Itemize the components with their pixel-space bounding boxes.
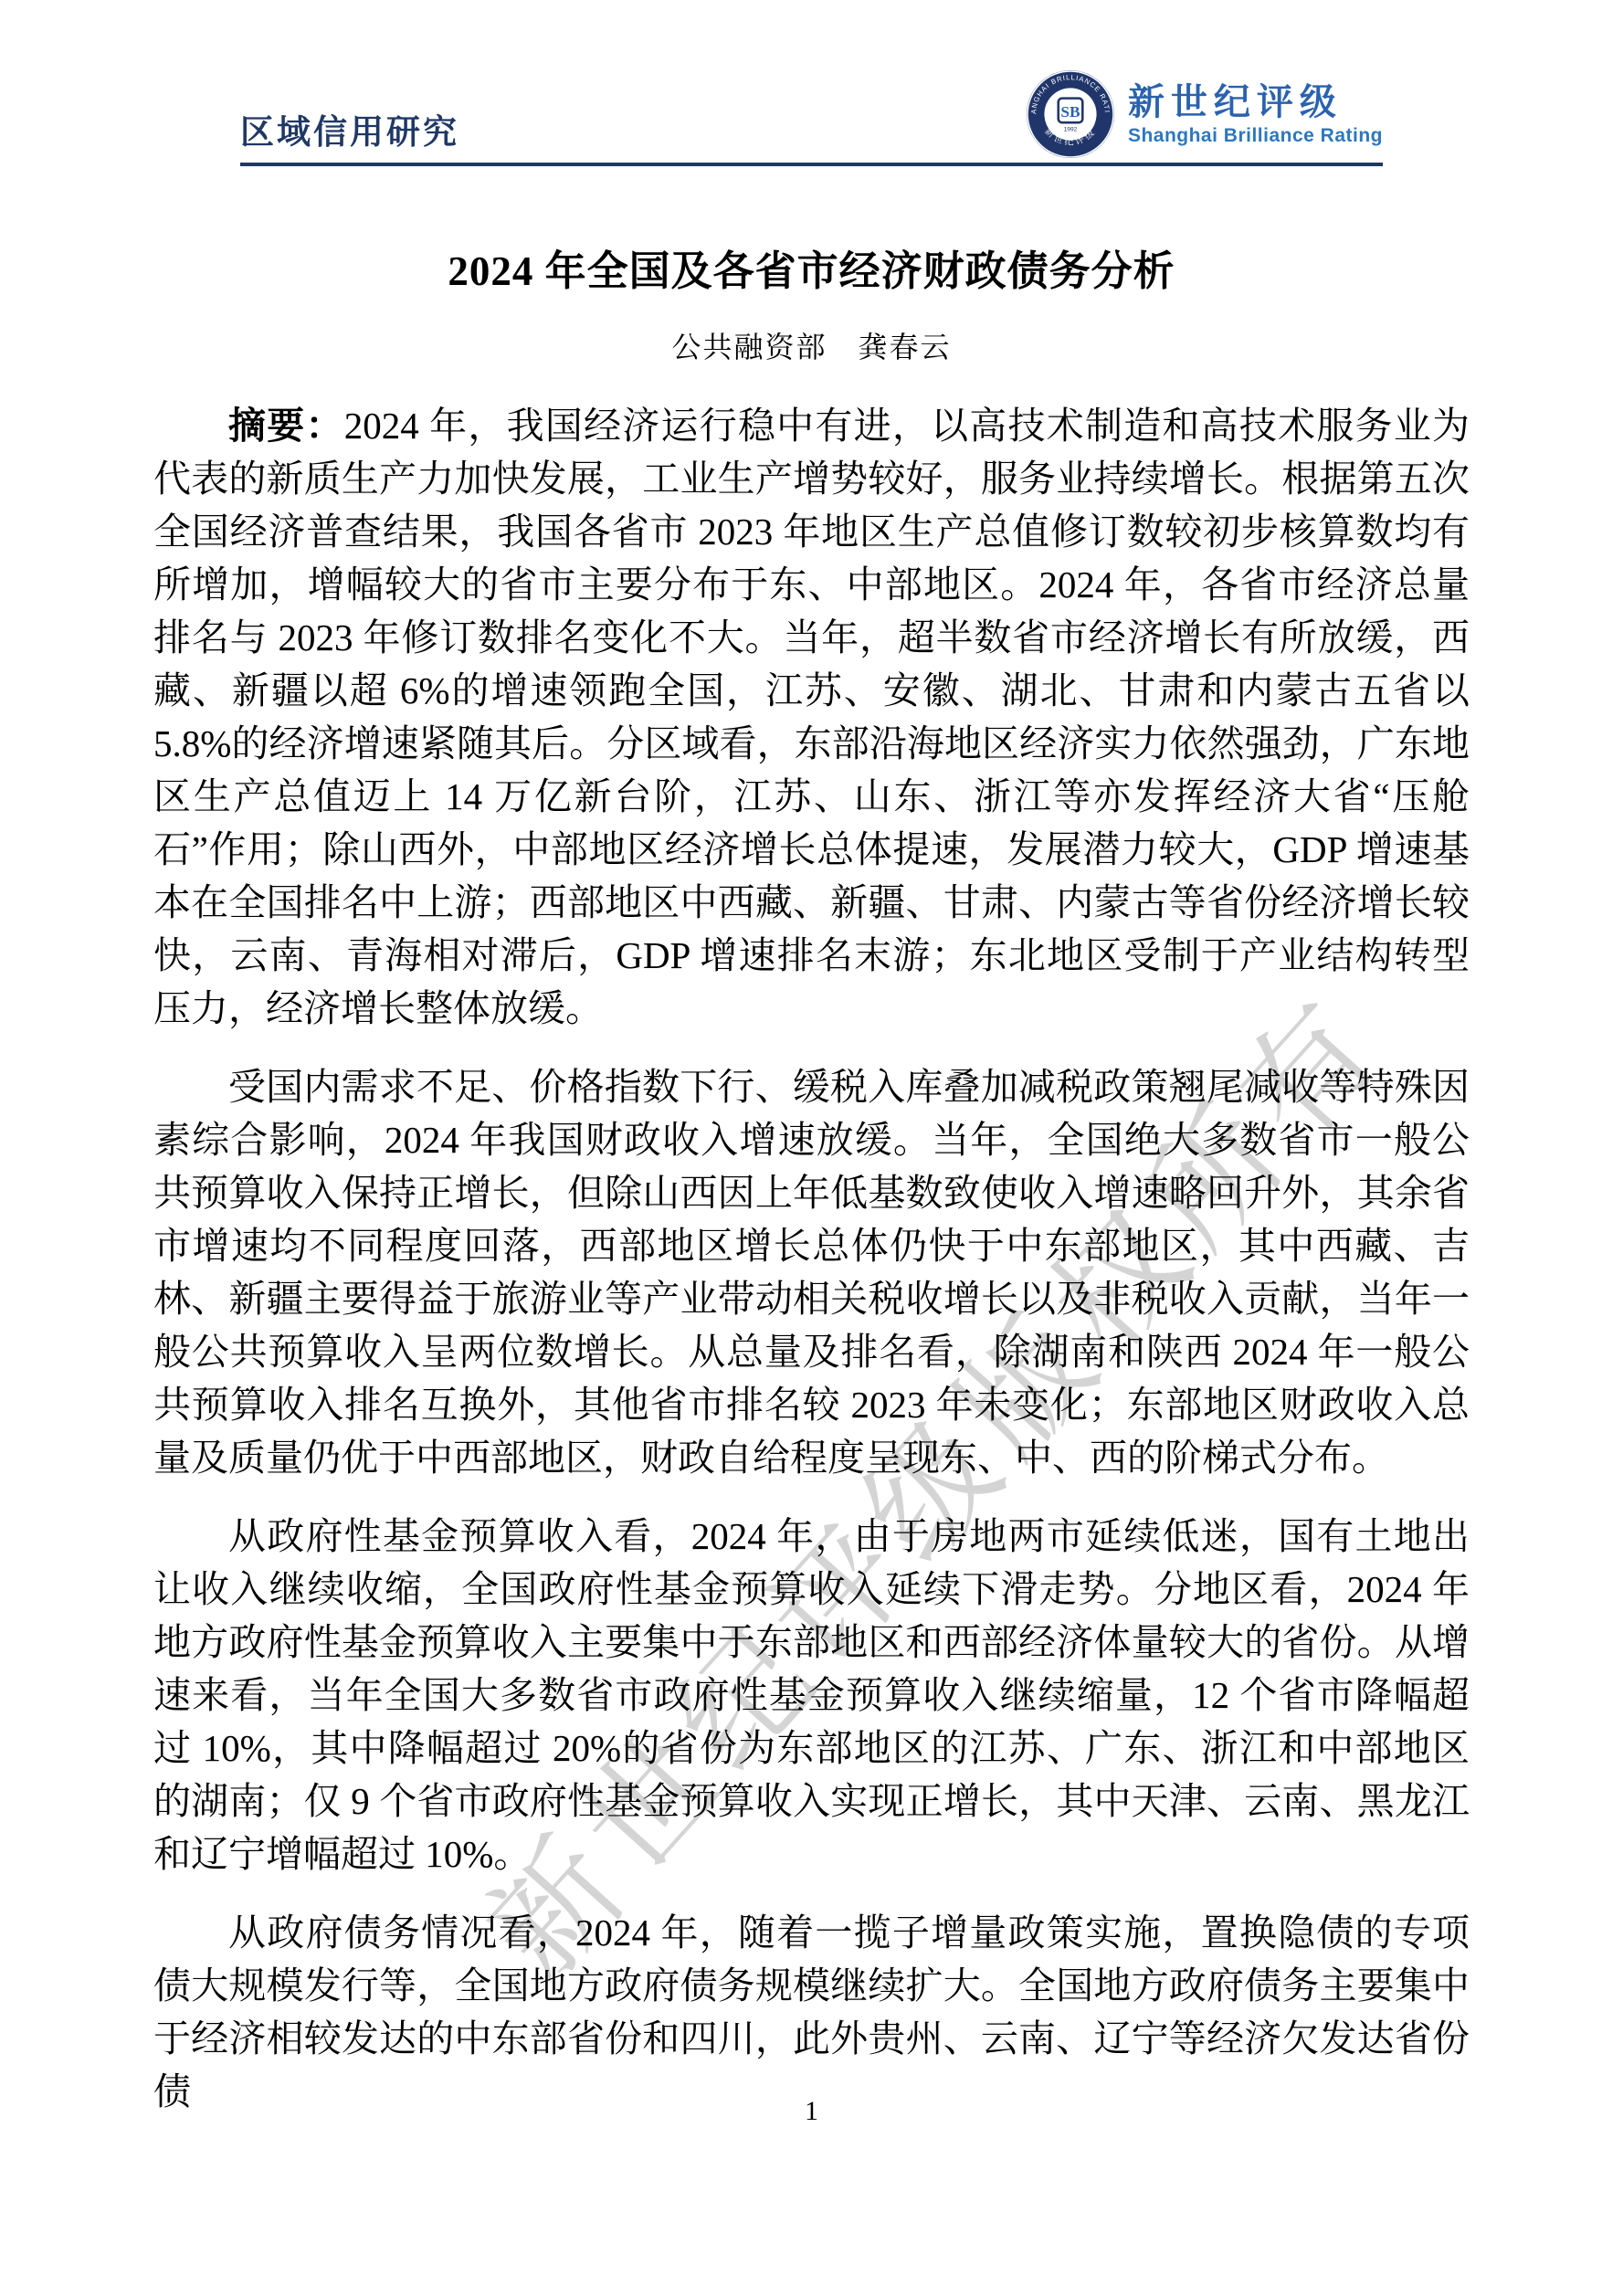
paragraph-text: 从政府性基金预算收入看，2024 年，由于房地两市延续低迷，国有土地出让收入继续…	[153, 1515, 1470, 1875]
document-page: 新世纪评级版权所有 区域信用研究 SHANGHAI BRILLIANCE RAT…	[0, 0, 1623, 2296]
byline: 公共融资部 龚春云	[153, 324, 1470, 366]
page-number: 1	[805, 2096, 818, 2126]
body-text: 摘要：2024 年，我国经济运行稳中有进，以高技术制造和高技术服务业为代表的新质…	[153, 399, 1470, 2118]
paragraph-text: 受国内需求不足、价格指数下行、缓税入库叠加减税政策翘尾减收等特殊因素综合影响，2…	[153, 1066, 1470, 1479]
page-header: 区域信用研究 SHANGHAI BRILLIANCE RATING 新世纪评级	[240, 0, 1383, 159]
page-content: 区域信用研究 SHANGHAI BRILLIANCE RATING 新世纪评级	[0, 0, 1623, 2118]
seal-monogram: SB	[1060, 103, 1080, 121]
paragraph: 从政府性基金预算收入看，2024 年，由于房地两市延续低迷，国有土地出让收入继续…	[153, 1510, 1470, 1880]
seal-year: 1992	[1064, 126, 1078, 132]
brand-text: 新世纪评级 Shanghai Brilliance Rating	[1128, 82, 1383, 147]
brand-name-en: Shanghai Brilliance Rating	[1128, 125, 1383, 147]
page-title: 2024 年全国及各省市经济财政债务分析	[153, 237, 1470, 297]
paragraph-text: 2024 年，我国经济运行稳中有进，以高技术制造和高技术服务业为代表的新质生产力…	[153, 405, 1470, 1029]
paragraph-lead: 摘要：	[228, 405, 344, 447]
paragraph-text: 从政府债务情况看，2024 年，随着一揽子增量政策实施，置换隐债的专项债大规模发…	[153, 1912, 1470, 2112]
report-category: 区域信用研究	[240, 104, 459, 159]
header-divider	[240, 163, 1383, 166]
paragraph: 受国内需求不足、价格指数下行、缓税入库叠加减税政策翘尾减收等特殊因素综合影响，2…	[153, 1060, 1470, 1484]
brand-block: SHANGHAI BRILLIANCE RATING 新世纪评级 SB 1992…	[1026, 69, 1383, 159]
paragraph: 从政府债务情况看，2024 年，随着一揽子增量政策实施，置换隐债的专项债大规模发…	[153, 1906, 1470, 2118]
brand-name-cn: 新世纪评级	[1128, 82, 1343, 122]
brand-seal-icon: SHANGHAI BRILLIANCE RATING 新世纪评级 SB 1992	[1026, 69, 1115, 159]
paragraph: 摘要：2024 年，我国经济运行稳中有进，以高技术制造和高技术服务业为代表的新质…	[153, 399, 1470, 1035]
page-footer: 1	[0, 2096, 1623, 2127]
